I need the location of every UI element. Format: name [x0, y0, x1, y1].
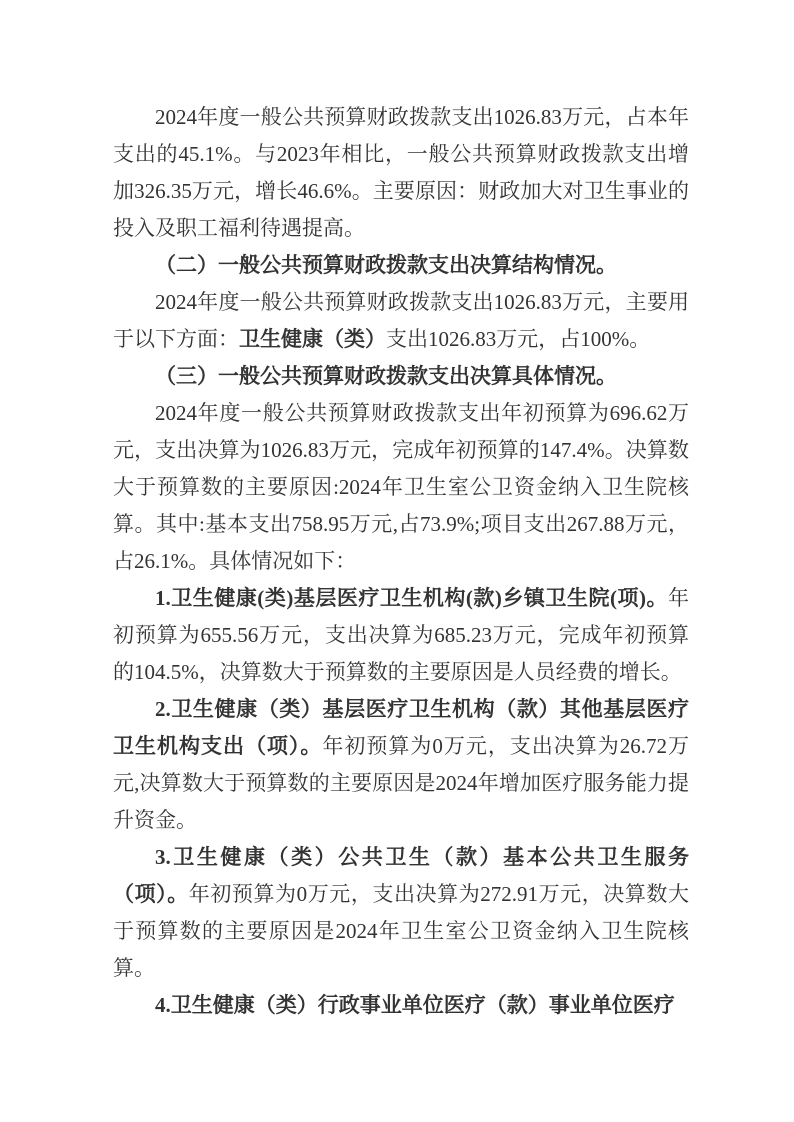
heading-section-3: （三）一般公共预算财政拨款支出决算具体情况。 [113, 358, 689, 395]
document-page: 2024年度一般公共预算财政拨款支出1026.83万元，占本年支出的45.1%。… [0, 0, 794, 1122]
para-item-4: 4.卫生健康（类）行政事业单位医疗（款）事业单位医疗 [113, 987, 689, 1024]
para-structure: 2024年度一般公共预算财政拨款支出1026.83万元，主要用于以下方面：卫生健… [113, 284, 689, 358]
document-content: 2024年度一般公共预算财政拨款支出1026.83万元，占本年支出的45.1%。… [113, 99, 689, 1024]
heading-section-2: （二）一般公共预算财政拨款支出决算结构情况。 [113, 247, 689, 284]
bold-text-run: 1.卫生健康(类)基层医疗卫生机构(款)乡镇卫生院(项)。 [155, 586, 668, 610]
text-run: 年初预算为0万元，支出决算为272.91万元，决算数大于预算数的主要原因是202… [113, 882, 689, 980]
bold-text-run: （二）一般公共预算财政拨款支出决算结构情况。 [155, 253, 617, 277]
text-run: 2024年度一般公共预算财政拨款支出1026.83万元，占本年支出的45.1%。… [113, 105, 689, 240]
text-run: 2024年度一般公共预算财政拨款支出年初预算为696.62万元，支出决算为102… [113, 401, 689, 573]
text-run: 支出1026.83万元，占100%。 [386, 327, 650, 351]
bold-text-run: 4.卫生健康（类）行政事业单位医疗（款）事业单位医疗 [155, 993, 675, 1017]
para-item-2: 2.卫生健康（类）基层医疗卫生机构（款）其他基层医疗卫生机构支出（项）。年初预算… [113, 691, 689, 839]
bold-text-run: （三）一般公共预算财政拨款支出决算具体情况。 [155, 364, 617, 388]
para-detail-summary: 2024年度一般公共预算财政拨款支出年初预算为696.62万元，支出决算为102… [113, 395, 689, 580]
para-item-3: 3.卫生健康（类）公共卫生（款）基本公共卫生服务（项）。年初预算为0万元，支出决… [113, 839, 689, 987]
bold-text-run: 卫生健康（类） [239, 327, 386, 351]
para-overview: 2024年度一般公共预算财政拨款支出1026.83万元，占本年支出的45.1%。… [113, 99, 689, 247]
para-item-1: 1.卫生健康(类)基层医疗卫生机构(款)乡镇卫生院(项)。年初预算为655.56… [113, 580, 689, 691]
